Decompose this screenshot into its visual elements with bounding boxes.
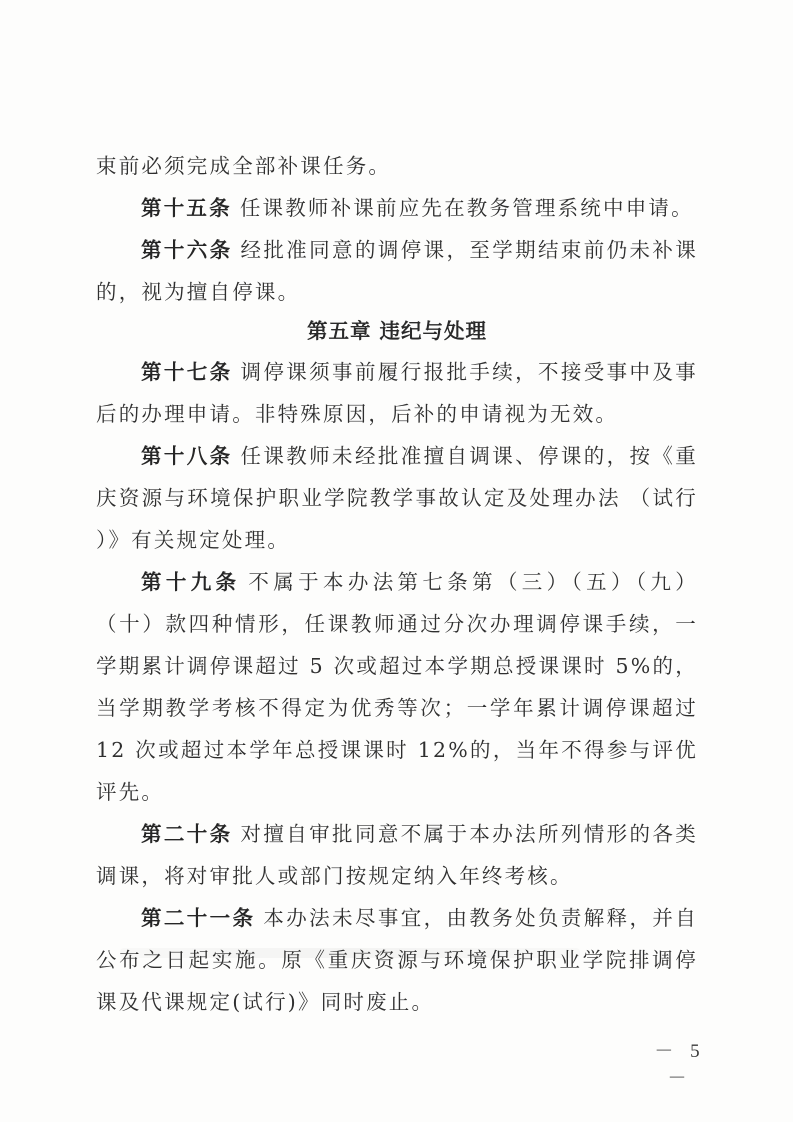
article-label: 第二十一条 bbox=[141, 906, 255, 930]
article-15: 第十五条任课教师补课前应先在教务管理系统中申请。 bbox=[96, 187, 698, 229]
continuation-paragraph: 束前必须完成全部补课任务。 bbox=[96, 145, 698, 187]
article-21: 第二十一条本办法未尽事宜，由教务处负责解释，并自公布之日起实施。原《重庆资源与环… bbox=[96, 897, 698, 1023]
chapter-title: 违纪与处理 bbox=[380, 319, 488, 343]
article-16: 第十六条经批准同意的调停课，至学期结束前仍未补课的，视为擅自停课。 bbox=[96, 229, 698, 313]
document-body: 束前必须完成全部补课任务。 第十五条任课教师补课前应先在教务管理系统中申请。 第… bbox=[96, 145, 698, 1023]
article-18: 第十八条任课教师未经批准擅自调课、停课的，按《重庆资源与环境保护职业学院教学事故… bbox=[96, 435, 698, 561]
page-number: － 5 － bbox=[640, 1036, 720, 1090]
article-label: 第十五条 bbox=[141, 196, 232, 220]
article-17: 第十七条调停课须事前履行报批手续，不接受事中及事后的办理申请。非特殊原因，后补的… bbox=[96, 351, 698, 435]
article-20: 第二十条对擅自审批同意不属于本办法所列情形的各类调课，将对审批人或部门按规定纳入… bbox=[96, 813, 698, 897]
chapter-number: 第五章 bbox=[307, 319, 372, 343]
chapter-heading: 第五章违纪与处理 bbox=[96, 313, 698, 351]
article-label: 第十九条 bbox=[141, 570, 240, 594]
article-19: 第十九条不属于本办法第七条第（三）（五）（九）（十）款四种情形，任课教师通过分次… bbox=[96, 561, 698, 813]
article-text: 任课教师补课前应先在教务管理系统中申请。 bbox=[240, 196, 694, 220]
article-label: 第十六条 bbox=[141, 238, 233, 262]
article-text: 不属于本办法第七条第（三）（五）（九）（十）款四种情形，任课教师通过分次办理调停… bbox=[96, 570, 698, 804]
article-label: 第二十条 bbox=[141, 822, 233, 846]
document-page: 束前必须完成全部补课任务。 第十五条任课教师补课前应先在教务管理系统中申请。 第… bbox=[0, 0, 793, 1122]
article-label: 第十七条 bbox=[141, 360, 233, 384]
reverse-side-bleed-through bbox=[120, 948, 580, 958]
article-label: 第十八条 bbox=[141, 444, 233, 468]
